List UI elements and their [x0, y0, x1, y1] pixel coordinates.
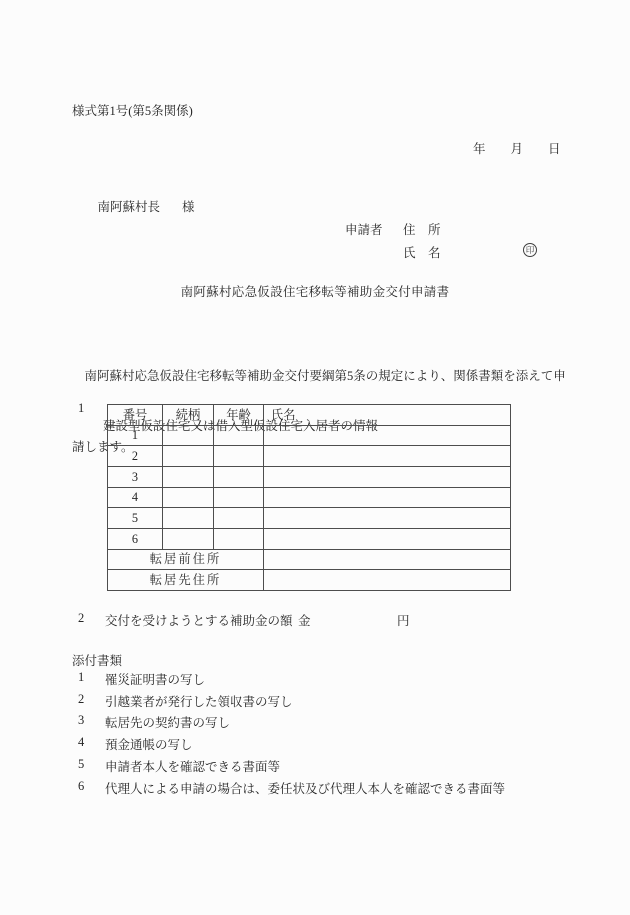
name-cell: [264, 508, 511, 529]
row-number-cell: 4: [108, 487, 163, 508]
relationship-cell: [163, 528, 214, 549]
table-row: 5: [108, 508, 511, 529]
post-move-address-row: 転居先住所: [108, 570, 511, 591]
applicant-name-label: 氏 名: [403, 243, 441, 261]
attachment-item-number: 1: [78, 670, 84, 685]
row-number-cell: 5: [108, 508, 163, 529]
name-cell: [264, 446, 511, 467]
relationship-cell: [163, 466, 214, 487]
attachment-item-text: 代理人による申請の場合は、委任状及び代理人本人を確認できる書面等: [105, 779, 505, 797]
attachment-item-text: 転居先の契約書の写し: [105, 713, 230, 731]
applicant-block: 申請者 住 所 氏 名 印: [345, 220, 565, 264]
name-cell: [264, 487, 511, 508]
addressee-name: 南阿蘇村長: [98, 200, 161, 214]
relationship-cell: [163, 446, 214, 467]
name-cell: [264, 425, 511, 446]
age-cell: [214, 508, 264, 529]
header-number: 番号: [108, 405, 163, 426]
table-header-row: 番号 続柄 年齢 氏名: [108, 405, 511, 426]
section2-heading: 交付を受けようとする補助金の額: [105, 611, 293, 629]
relationship-cell: [163, 425, 214, 446]
body-line-1: 南阿蘇村応急仮設住宅移転等補助金交付要綱第5条の規定により、関係書類を添えて申: [72, 365, 572, 389]
row-number-cell: 6: [108, 528, 163, 549]
inhabitants-table: 番号 続柄 年齢 氏名 1 2 3 4: [107, 404, 511, 591]
attachment-item-number: 6: [78, 779, 84, 794]
applicant-label: 申請者: [345, 220, 383, 238]
age-cell: [214, 466, 264, 487]
age-cell: [214, 446, 264, 467]
post-move-address-value-cell: [264, 570, 511, 591]
section1-number: 1: [78, 401, 84, 416]
section2-number: 2: [78, 611, 84, 626]
attachment-item-number: 3: [78, 713, 84, 728]
attachment-item-text: 引越業者が発行した領収書の写し: [105, 692, 293, 710]
seal-mark-icon: 印: [523, 243, 537, 257]
attachment-item: 6 代理人による申請の場合は、委任状及び代理人本人を確認できる書面等: [0, 779, 630, 794]
table-row: 1: [108, 425, 511, 446]
age-cell: [214, 528, 264, 549]
age-cell: [214, 487, 264, 508]
attachment-item-number: 4: [78, 735, 84, 750]
post-move-address-label: 転居先住所: [108, 570, 264, 591]
age-cell: [214, 425, 264, 446]
row-number-cell: 1: [108, 425, 163, 446]
table-row: 2: [108, 446, 511, 467]
addressee-line: 南阿蘇村長様: [85, 182, 195, 230]
attachment-item-text: 罹災証明書の写し: [105, 670, 205, 688]
row-number-cell: 3: [108, 466, 163, 487]
attachment-item-text: 申請者本人を確認できる書面等: [105, 757, 280, 775]
table-row: 3: [108, 466, 511, 487]
section1-heading-line: 1 建設型仮設住宅又は借入型仮設住宅入居者の情報: [0, 386, 630, 402]
pre-move-address-label: 転居前住所: [108, 549, 264, 570]
form-number: 様式第1号(第5条関係): [72, 101, 193, 119]
relationship-cell: [163, 508, 214, 529]
pre-move-address-value-cell: [264, 549, 511, 570]
header-name: 氏名: [264, 405, 511, 426]
header-relationship: 続柄: [163, 405, 214, 426]
section2-heading-line: 2 交付を受けようとする補助金の額 金 円: [0, 611, 630, 627]
attachment-item: 4 預金通帳の写し: [0, 735, 630, 750]
document-page: 様式第1号(第5条関係) 年 月 日 南阿蘇村長様 申請者 住 所 氏 名 印 …: [0, 0, 630, 915]
header-age: 年齢: [214, 405, 264, 426]
date-line: 年 月 日: [473, 139, 561, 157]
table-row: 6: [108, 528, 511, 549]
attachment-item: 2 引越業者が発行した領収書の写し: [0, 692, 630, 707]
applicant-address-label: 住 所: [403, 220, 441, 238]
attachment-item-number: 5: [78, 757, 84, 772]
table-row: 4: [108, 487, 511, 508]
amount-prefix: 金: [298, 611, 311, 629]
pre-move-address-row: 転居前住所: [108, 549, 511, 570]
attachments-heading: 添付書類: [72, 651, 122, 669]
name-cell: [264, 528, 511, 549]
attachment-item-text: 預金通帳の写し: [105, 735, 193, 753]
amount-suffix: 円: [397, 611, 410, 629]
relationship-cell: [163, 487, 214, 508]
addressee-honorific: 様: [182, 200, 195, 214]
form-title: 南阿蘇村応急仮設住宅移転等補助金交付申請書: [0, 282, 630, 300]
row-number-cell: 2: [108, 446, 163, 467]
attachment-item: 1 罹災証明書の写し: [0, 670, 630, 685]
attachment-item: 5 申請者本人を確認できる書面等: [0, 757, 630, 772]
attachment-item-number: 2: [78, 692, 84, 707]
attachment-item: 3 転居先の契約書の写し: [0, 713, 630, 728]
name-cell: [264, 466, 511, 487]
